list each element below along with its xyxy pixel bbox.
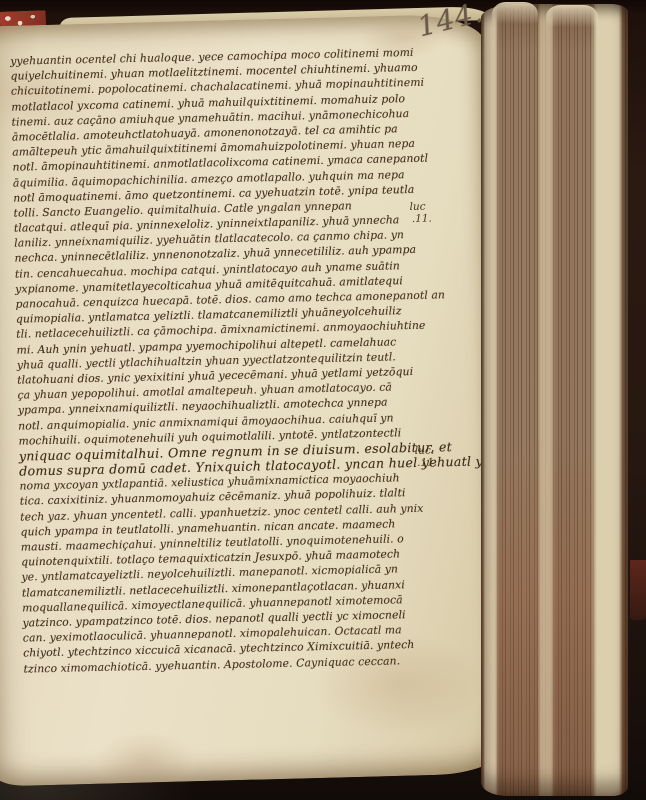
margin-note-luke-11: luc. .11.	[415, 444, 454, 469]
page-cluster-edge	[546, 5, 598, 31]
marbled-endpaper-strip	[627, 24, 646, 564]
photo-of-manuscript-book: 144. yyehuantin ocentel chi hualoque. ye…	[0, 0, 646, 800]
page-cluster-edge	[492, 2, 538, 28]
margin-note-luke-11: luc .11.	[409, 200, 448, 225]
book-fore-edge-page-stack	[481, 4, 628, 796]
margin-note-book: luc.	[415, 444, 453, 457]
manuscript-text-block: yyehuantin ocentel chi hualoque. yece ca…	[10, 45, 421, 676]
margin-note-chapter: .11.	[410, 212, 448, 225]
cover-edge-fragment	[630, 560, 646, 620]
margin-note-chapter: .11.	[415, 456, 453, 469]
margin-note-book: luc	[409, 200, 447, 213]
